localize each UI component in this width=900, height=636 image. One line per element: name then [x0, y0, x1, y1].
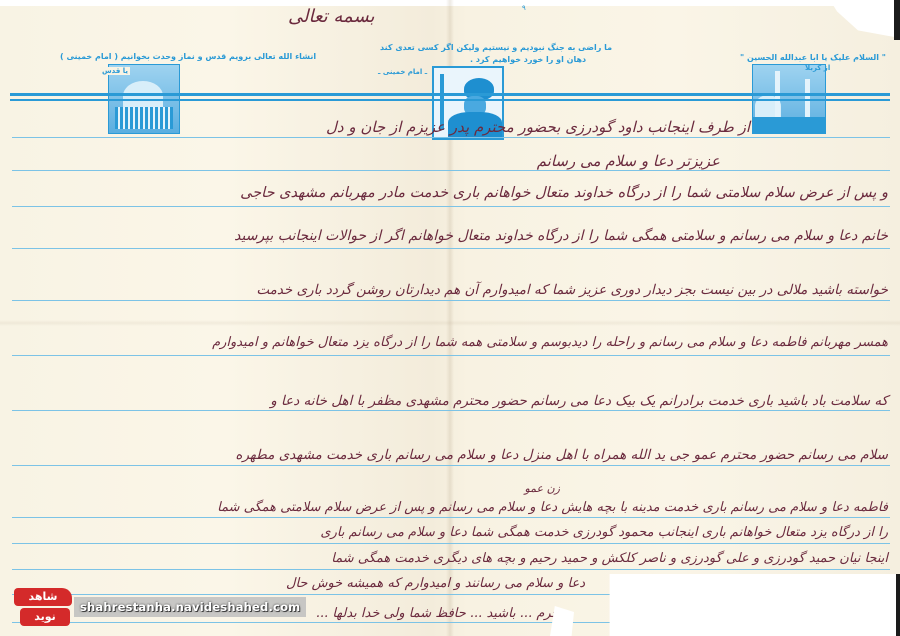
karbala-caption: از کربلا [805, 64, 830, 72]
letter-line: فاطمه دعا و سلام می رسانم باری خدمت مدین… [217, 500, 888, 515]
navideshahed-logo-icon: شاهد نوید [14, 586, 72, 628]
letter-line: را از درگاه یزد متعال خواهانم باری اینجا… [320, 525, 888, 540]
site-watermark: شاهد نوید shahrestanha.navideshahed.com [14, 586, 306, 628]
imam-attribution: ـ امام خمینی ـ [378, 68, 427, 76]
letter-line: از طرف اینجانب داود گودرزی بحضور محترم پ… [326, 118, 750, 136]
ruled-line [12, 248, 890, 249]
torn-bottom-area [570, 574, 900, 636]
header-rule [10, 93, 890, 96]
karbala-quote: " السلام علیک یا ابا عبدالله الحسین " [740, 53, 886, 62]
quds-caption: یا قدس [100, 67, 130, 75]
ruled-line [12, 137, 890, 138]
ruled-line [12, 170, 890, 171]
letter-line: و خرم ... باشید ... حافظ شما ولی خدا بدل… [316, 606, 570, 621]
bismillah-heading: بسمه تعالی [288, 6, 375, 27]
imam-quote-line1: ما راضی به جنگ نبودیم و نیستیم ولیکن اگر… [380, 43, 612, 52]
letter-line: و پس از عرض سلام سلامتی شما را از درگاه … [240, 185, 888, 201]
ruled-line [12, 206, 890, 207]
letter-line: زن عمو [525, 482, 561, 495]
header-rule [10, 99, 890, 101]
quds-quote: انشاء الله تعالی برویم قدس و نماز وحدت ب… [60, 52, 316, 61]
ruled-line [12, 517, 890, 518]
letter-line: سلام می رسانم حضور محترم عمو جی ید الله … [235, 447, 888, 463]
letter-line: خواسته باشید ملالی در بین نیست بجز دیدار… [256, 282, 888, 298]
building-icon [115, 107, 173, 129]
imam-quote-line2: دهان او را خورد خواهیم کرد . [470, 55, 586, 64]
watermark-url: shahrestanha.navideshahed.com [74, 597, 306, 617]
page-number: ۹ [522, 4, 526, 12]
scan-edge [894, 0, 900, 40]
letter-line: همسر مهربانم فاطمه دعا و سلام می رسانم و… [212, 335, 888, 350]
letter-line: که سلامت باد باشید باری خدمت برادرانم یک… [270, 393, 888, 409]
minaret-icon [775, 71, 780, 123]
letter-line: خانم دعا و سلام می رسانم و سلامتی همگی ش… [234, 228, 888, 244]
ruled-line [12, 569, 890, 570]
paper-fold-horizontal [0, 320, 900, 326]
ruled-line [12, 465, 890, 466]
ruled-line [12, 300, 890, 301]
scan-edge [896, 574, 900, 636]
ruled-line [12, 410, 890, 411]
letter-line: دعا و سلام می رسانند و امیدوارم که همیشه… [286, 576, 585, 591]
ruled-line [12, 543, 890, 544]
ruled-line [12, 355, 890, 356]
letter-line: عزیزتر دعا و سلام می رسانم [537, 152, 720, 170]
letter-line: اینجا نیان حمید گودرزی و علی گودرزی و نا… [331, 551, 888, 566]
